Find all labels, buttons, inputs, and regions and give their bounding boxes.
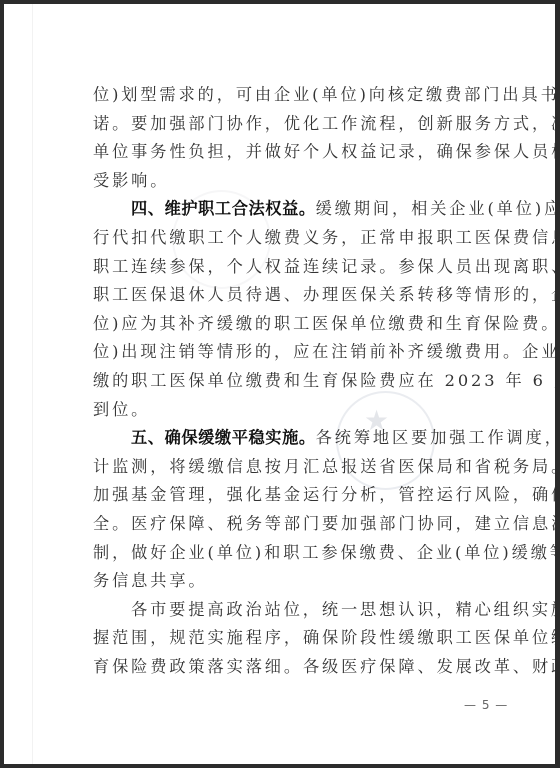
text-line: 行代扣代缴职工个人缴费义务，正常申报职工医保费信息，确保 [93,224,497,253]
text-line: 各市要提高政治站位，统一思想认识，精心组织实施，精准把 [93,596,497,625]
section-five: 五、确保缓缴平稳实施。各统筹地区要加强工作调度，做好统 计监测，将缓缴信息按月汇… [93,424,497,596]
section-four: 四、维护职工合法权益。缓缴期间，相关企业(单位)应依法履 行代扣代缴职工个人缴费… [93,195,497,424]
page-number: — 5 — [464,698,508,712]
text-line: 制，做好企业(单位)和职工参保缴费、企业(单位)缓缴等基础业 [93,539,497,568]
text-line: 位)出现注销等情形的，应在注销前补齐缓缴费用。企业(单位)缓 [93,338,497,367]
text-line: 位)应为其补齐缓缴的职工医保单位缴费和生育保险费。企业(单 [93,310,497,339]
text-line: 职工连续参保，个人权益连续记录。参保人员出现离职、申请办理 [93,253,497,282]
text-run: 缓缴期间，相关企业(单位)应依法履 [316,199,555,218]
text-line: 诺。要加强部门协作，优化工作流程，创新服务方式，减轻参保 [93,110,497,139]
text-line: 务信息共享。 [93,567,497,596]
text-line: 加强基金管理，强化基金运行分析，管控运行风险，确保基金安 [93,481,497,510]
section-heading-line: 四、维护职工合法权益。缓缴期间，相关企业(单位)应依法履 [93,195,497,224]
text-line: 单位事务性负担，并做好个人权益记录，确保参保人员权益不 [93,138,497,167]
text-line: 全。医疗保障、税务等部门要加强部门协同，建立信息沟通共享机 [93,510,497,539]
section-heading: 五、确保缓缴平稳实施。 [131,428,316,447]
text-line: 计监测，将缓缴信息按月汇总报送省医保局和省税务局。要切实 [93,453,497,482]
text-line: 到位。 [93,396,497,425]
closing-paragraph: 各市要提高政治站位，统一思想认识，精心组织实施，精准把 握范围，规范实施程序，确… [93,596,497,682]
document-body: 位)划型需求的，可由企业(单位)向核定缴费部门出具书面承 诺。要加强部门协作，优… [93,81,497,681]
section-heading-line: 五、确保缓缴平稳实施。各统筹地区要加强工作调度，做好统 [93,424,497,453]
text-line: 受影响。 [93,167,497,196]
document-page: ★ 位)划型需求的，可由企业(单位)向核定缴费部门出具书面承 诺。要加强部门协作… [4,4,555,764]
text-line: 位)划型需求的，可由企业(单位)向核定缴费部门出具书面承 [93,81,497,110]
text-line: 育保险费政策落实落细。各级医疗保障、发展改革、财政、税务等 [93,653,497,682]
text-run: 各统筹地区要加强工作调度，做好统 [316,428,555,447]
paragraph-continuation: 位)划型需求的，可由企业(单位)向核定缴费部门出具书面承 诺。要加强部门协作，优… [93,81,497,195]
text-line: 握范围，规范实施程序，确保阶段性缓缴职工医保单位缴费和生 [93,624,497,653]
text-line: 缴的职工医保单位缴费和生育保险费应在 2023 年 6 月底前补缴 [93,367,497,396]
text-line: 职工医保退休人员待遇、办理医保关系转移等情形的，企业(单 [93,281,497,310]
section-heading: 四、维护职工合法权益。 [131,199,316,218]
